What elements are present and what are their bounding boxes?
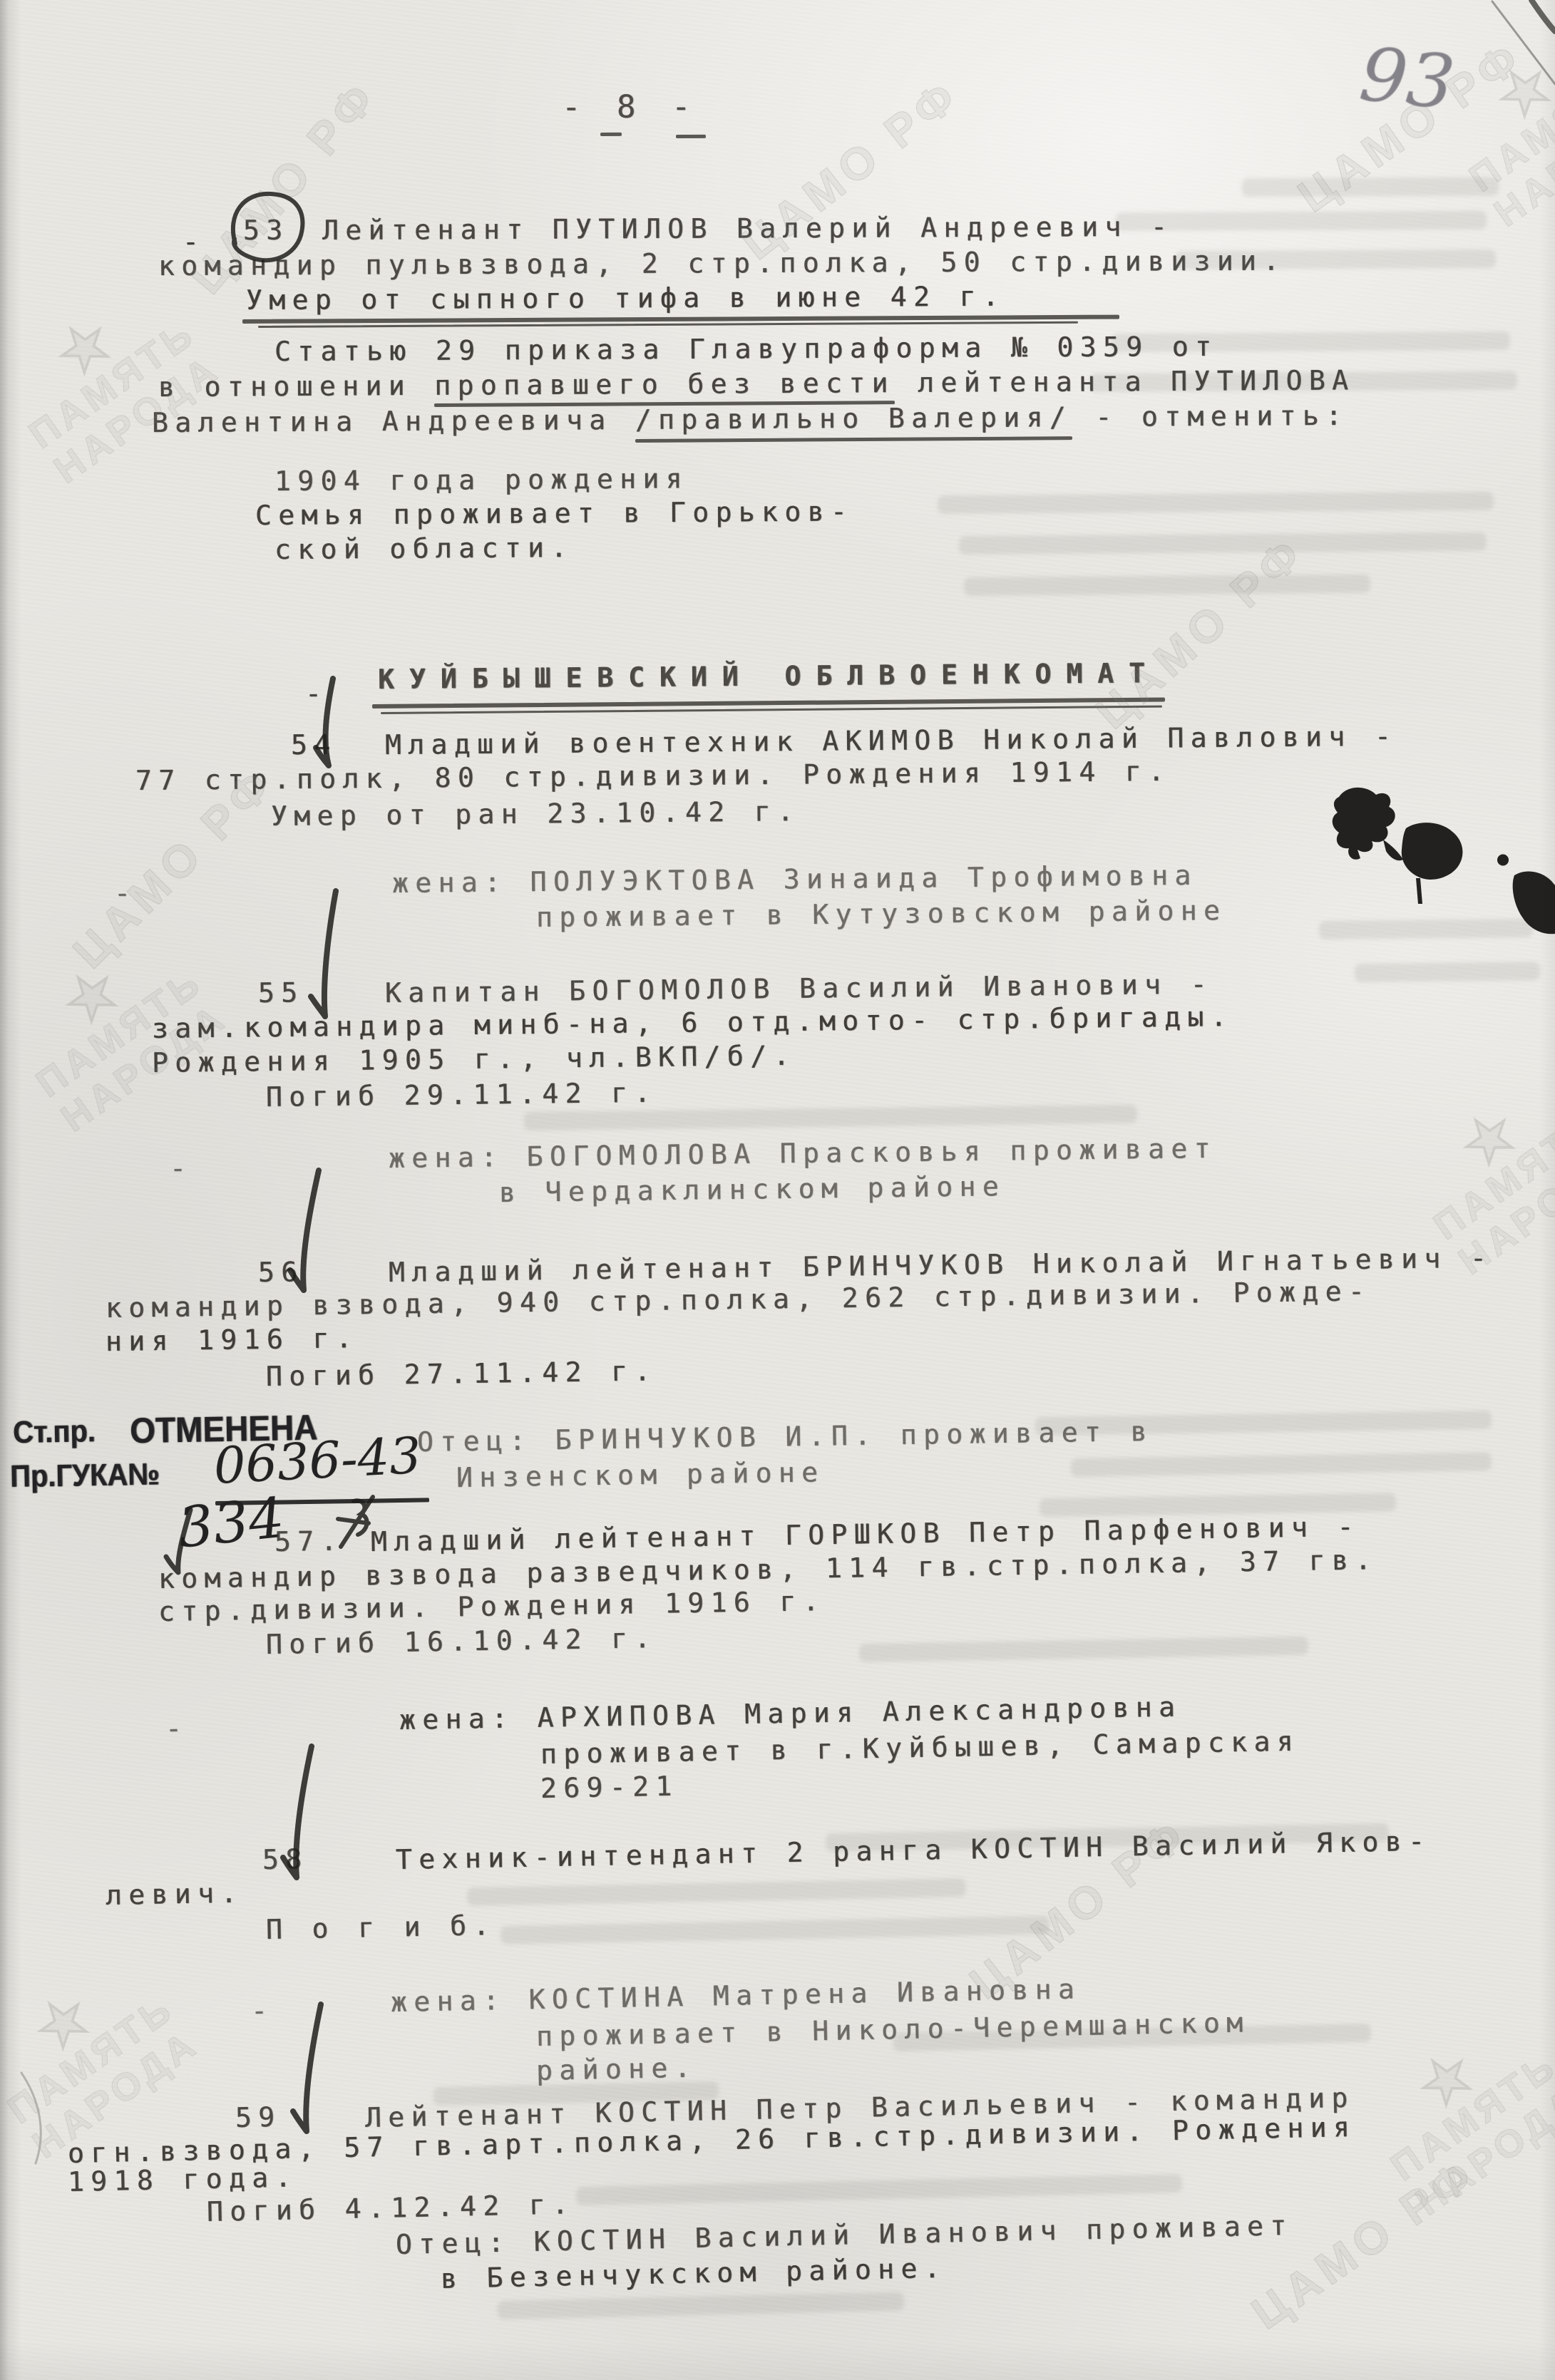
bleed-through-smudge: [501, 1915, 1050, 1944]
handwritten-order-number: 0636-43: [212, 1426, 423, 1495]
watermark-pamyat-naroda: ★ПАМЯТЬ НАРОДА: [0, 919, 235, 1140]
entry-56-line: ния 1916 г.: [106, 1322, 359, 1358]
typed-line: -: [305, 677, 329, 710]
watermark-pamyat-naroda: ★ПАМЯТЬ НАРОДА: [0, 271, 228, 492]
watermark-pamyat-naroda: ★ПАМЯТЬ НАРОДА: [0, 1946, 207, 2167]
bleed-through-smudge: [959, 532, 1487, 555]
entry-54-family: жена: ПОЛУЭКТОВА Зинаида Трофимовна: [392, 859, 1198, 900]
entry-58-number: 58: [262, 1843, 309, 1876]
entry-53-line: Семья проживает в Горьков-: [255, 495, 854, 532]
bleed-through-smudge: [938, 492, 1494, 514]
stamp-text: Пр.ГУКА№: [10, 1458, 160, 1495]
entry-58-line: П о г и б.: [266, 1909, 497, 1946]
entry-57-family: 269-21: [540, 1770, 679, 1805]
bleed-through-smudge: [1319, 919, 1533, 939]
entry-54-line: Умер от ран 23.10.42 г.: [271, 795, 801, 833]
bleed-through-smudge: [964, 575, 1370, 596]
handwritten-number: 334: [175, 1486, 287, 1561]
entry-54-line: Младший воентехник АКИМОВ Николай Павлов…: [385, 720, 1398, 761]
bleed-through-smudge: [859, 1637, 1308, 1662]
bleed-through-smudge: [1242, 177, 1499, 197]
entry-59-line: Погиб 4.12.42 г.: [207, 2188, 575, 2228]
entry-59-number: 59: [235, 2101, 282, 2134]
entry-53-line: командир пульвзвода, 2 стр.полка, 50 стр…: [158, 244, 1286, 282]
watermark-pamyat-naroda: ★ПАМЯТЬ НАРОДА: [1355, 2003, 1555, 2224]
bleed-through-smudge: [576, 2174, 1182, 2205]
entry-56-family: Инзенском районе: [456, 1456, 825, 1494]
entry-55-line: Погиб 29.11.42 г.: [266, 1076, 657, 1113]
entry-57-line: Погиб 16.10.42 г.: [266, 1622, 657, 1661]
bleed-through-smudge: [1089, 371, 1517, 392]
entry-53-line: ской области.: [274, 531, 574, 566]
document-scan: - 8 --53Лейтенант ПУТИЛОВ Валерий Андрее…: [0, 0, 1555, 2380]
stamp-text: Ст.пр.: [13, 1414, 96, 1451]
section-header: КУЙБЫШЕВСКИЙ ОБЛВОЕНКОМАТ: [378, 656, 1160, 696]
typed-line: -: [165, 1711, 189, 1745]
underline-ink: [635, 436, 1072, 443]
underline-ink: [600, 133, 622, 136]
bleed-through-smudge: [1071, 1452, 1492, 1477]
entry-54-number: 54: [291, 728, 337, 761]
entry-56-number: 56: [258, 1255, 304, 1289]
typed-line: -: [170, 1152, 193, 1185]
entry-55-family: в Чердаклинском районе: [499, 1170, 1006, 1209]
bleed-through-smudge: [1111, 331, 1510, 352]
bleed-through-smudge: [1116, 211, 1487, 231]
typed-line: -: [251, 1994, 274, 2027]
page-number-typed: - 8 -: [562, 91, 699, 124]
entry-53-line: Статью 29 приказа Главупраформа № 0359 о…: [274, 330, 1218, 368]
scan-page: - 8 --53Лейтенант ПУТИЛОВ Валерий Андрее…: [0, 0, 1555, 2380]
bleed-through-smudge: [1175, 249, 1496, 269]
entry-55-family: жена: БОГОМОЛОВА Прасковья проживает: [389, 1132, 1217, 1175]
entry-58-line: левич.: [106, 1876, 244, 1912]
entry-55-line: зам.командира минб-на, 6 отд.мото- стр.б…: [152, 1000, 1233, 1045]
entry-55-line: Рождения 1905 г., чл.ВКП/б/.: [152, 1039, 796, 1079]
entry-55-number: 55: [258, 976, 304, 1009]
bleed-through-smudge: [1035, 1411, 1492, 1436]
entry-56-line: Погиб 27.11.42 г.: [266, 1354, 657, 1393]
entry-53-line: 1904 года рождения: [274, 462, 689, 498]
entry-59-line: 1918 года.: [68, 2160, 299, 2198]
entry-54-family: проживает в Кутузовском районе: [536, 894, 1227, 934]
watermark-camo-rf: ЦАМО РФ: [1085, 525, 1315, 739]
bleed-through-smudge: [498, 2292, 904, 2319]
bleed-through-smudge: [1355, 962, 1540, 982]
underline-ink: [676, 135, 706, 138]
bleed-through-smudge: [467, 1878, 966, 1906]
entry-53-line: Умер от сыпного тифа в июне 42 г.: [246, 280, 1005, 316]
